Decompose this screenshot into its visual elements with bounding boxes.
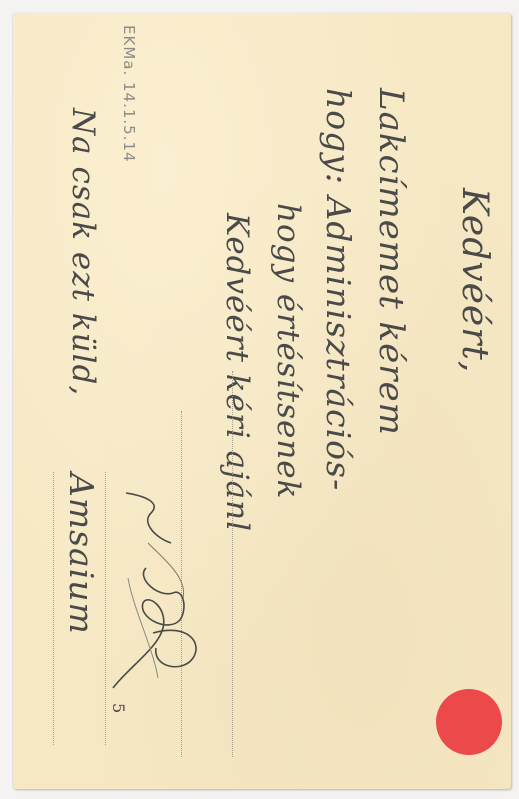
- handwriting-line-4: hogy értésítsenek: [270, 203, 306, 499]
- handwriting-line-1: Kedvéért,: [454, 188, 495, 373]
- handwriting-line-3: hogy: Adminisztrációs-: [319, 88, 358, 491]
- red-dot-sticker: [436, 689, 502, 755]
- handwriting-line-5: Kedvéért kéri ajánl: [219, 213, 255, 532]
- postcard: EKMa. 14.1.5.14 Kedvéért, Lakcímemet kér…: [13, 13, 511, 789]
- address-line-4: [53, 472, 54, 745]
- handwriting-line-2: Lakcímemet kérem: [371, 88, 411, 436]
- address-line-1: [232, 371, 233, 757]
- pen-stroke: [121, 488, 181, 548]
- page-mark: 5: [109, 703, 128, 714]
- handwriting-line-7: Na csak ezt küld,: [65, 108, 101, 396]
- archive-mark: EKMa. 14.1.5.14: [120, 25, 138, 163]
- address-line-3: [105, 472, 106, 745]
- handwriting-line-8: Amsaium: [62, 473, 101, 635]
